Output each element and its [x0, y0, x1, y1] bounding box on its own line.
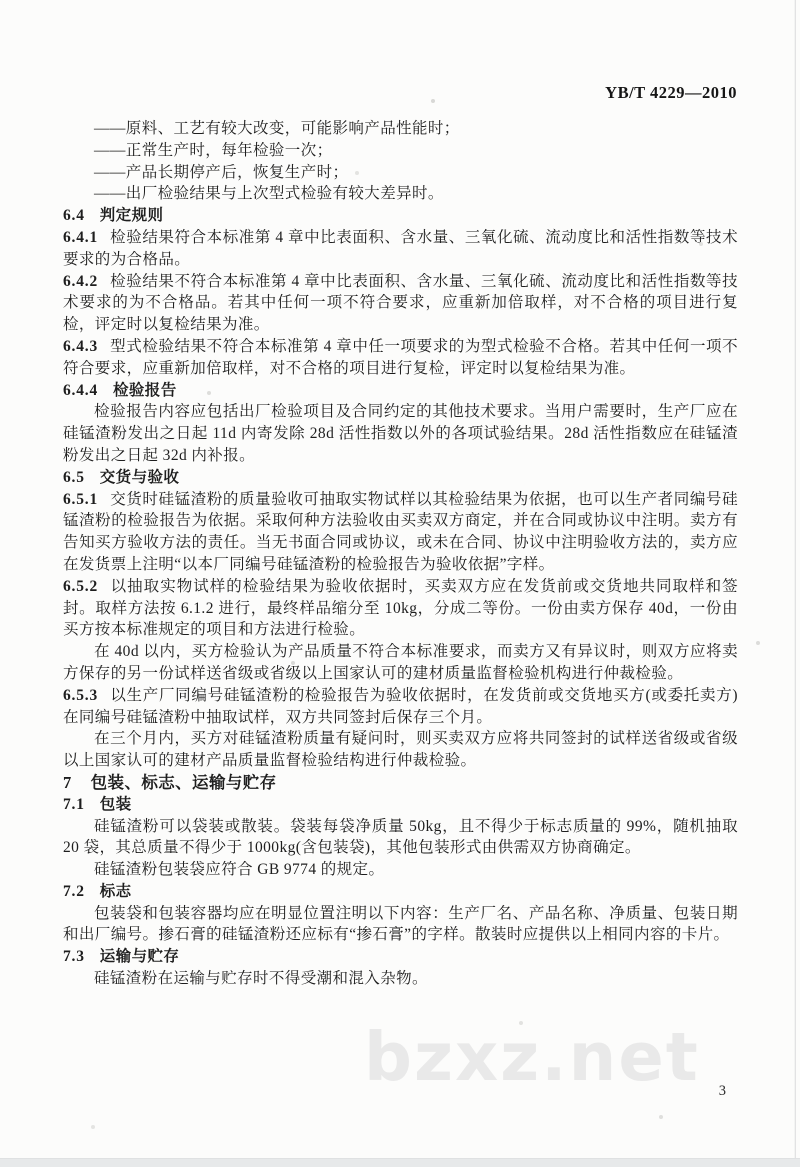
clause-number: 6.4.1	[63, 229, 98, 246]
clause-6-4-1: 6.4.1检验结果符合本标准第 4 章中比表面积、含水量、三氧化硫、流动度比和活…	[63, 227, 738, 271]
paragraph-arbitration-40d: 在 40d 以内，买方检验认为产品质量不符合本标准要求，而卖方又有异议时，则双方…	[63, 641, 738, 685]
type-inspection-case-item: ——原料、工艺有较大改变，可能影响产品性能时；	[63, 118, 738, 140]
heading-number: 6.4	[63, 207, 85, 224]
clause-number: 6.5.2	[63, 578, 98, 595]
clause-6-4-2: 6.4.2检验结果不符合本标准第 4 章中比表面积、含水量、三氧化硫、流动度比和…	[63, 271, 738, 336]
document-body: ——原料、工艺有较大改变，可能影响产品性能时； ——正常生产时，每年检验一次； …	[63, 118, 738, 990]
clause-6-5-1: 6.5.1交货时硅锰渣粉的质量验收可抽取实物试样以其检验结果为依据，也可以生产者…	[63, 489, 738, 576]
paragraph-arbitration-three-months: 在三个月内，买方对硅锰渣粉质量有疑问时，则买卖双方应将共同签封的试样送省级或省级…	[63, 728, 738, 772]
clause-text: 型式检验结果不符合本标准第 4 章中任一项要求的为型式检验不合格。若其中任何一项…	[63, 338, 738, 377]
heading-number: 7	[63, 773, 72, 792]
type-inspection-case-item: ——产品长期停产后，恢复生产时；	[63, 162, 738, 184]
heading-6-5: 6.5交货与验收	[63, 467, 738, 489]
paragraph-transport-storage: 硅锰渣粉在运输与贮存时不得受潮和混入杂物。	[63, 968, 738, 990]
clause-number: 6.4.2	[63, 273, 98, 290]
paragraph-inspection-report: 检验报告内容应包括出厂检验项目及合同约定的其他技术要求。当用户需要时，生产厂应在…	[63, 401, 738, 466]
paragraph-packaging-bag-standard: 硅锰渣粉包装袋应符合 GB 9774 的规定。	[63, 859, 738, 881]
heading-title: 判定规则	[100, 207, 164, 224]
type-inspection-case-item: ——出厂检验结果与上次型式检验有较大差异时。	[63, 183, 738, 205]
clause-number: 6.4.3	[63, 338, 98, 355]
clause-text: 以生产厂同编号硅锰渣粉的检验报告为验收依据时，在发货前或交货地买方(或委托卖方)…	[63, 687, 738, 726]
heading-title: 运输与贮存	[100, 948, 180, 965]
scanned-document-page: YB/T 4229—2010 ——原料、工艺有较大改变，可能影响产品性能时； —…	[0, 0, 800, 1167]
paragraph-marking: 包装袋和包装容器均应在明显位置注明以下内容：生产厂名、产品名称、净质量、包装日期…	[63, 903, 738, 947]
heading-number: 6.4.4	[63, 382, 98, 399]
heading-7-1: 7.1包装	[63, 794, 738, 816]
scan-bottom-edge	[0, 1158, 800, 1167]
heading-7-2: 7.2标志	[63, 881, 738, 903]
heading-title: 标志	[100, 883, 132, 900]
heading-title: 包装、标志、运输与贮存	[91, 773, 277, 792]
standard-code-header: YB/T 4229—2010	[605, 83, 737, 103]
clause-number: 6.5.3	[63, 687, 98, 704]
page-number: 3	[719, 1083, 726, 1100]
clause-text: 以抽取实物试样的检验结果为验收依据时，买卖双方应在发货前或交货地共同取样和签封。…	[63, 578, 738, 639]
heading-number: 7.1	[63, 796, 85, 813]
type-inspection-case-item: ——正常生产时，每年检验一次；	[63, 140, 738, 162]
clause-6-5-3: 6.5.3以生产厂同编号硅锰渣粉的检验报告为验收依据时，在发货前或交货地买方(或…	[63, 685, 738, 729]
scan-noise-specks	[0, 0, 2, 2]
clause-6-4-3: 6.4.3型式检验结果不符合本标准第 4 章中任一项要求的为型式检验不合格。若其…	[63, 336, 738, 380]
heading-number: 7.3	[63, 948, 85, 965]
heading-title: 检验报告	[113, 382, 177, 399]
clause-text: 交货时硅锰渣粉的质量验收可抽取实物试样以其检验结果为依据，也可以生产者同编号硅锰…	[63, 491, 738, 573]
heading-7-3: 7.3运输与贮存	[63, 946, 738, 968]
heading-6-4-4: 6.4.4检验报告	[63, 380, 738, 402]
heading-chapter-7: 7包装、标志、运输与贮存	[63, 772, 738, 794]
clause-number: 6.5.1	[63, 491, 98, 508]
heading-title: 交货与验收	[100, 469, 180, 486]
clause-text: 检验结果不符合本标准第 4 章中比表面积、含水量、三氧化硫、流动度比和活性指数等…	[63, 273, 738, 334]
clause-6-5-2: 6.5.2以抽取实物试样的检验结果为验收依据时，买卖双方应在发货前或交货地共同取…	[63, 576, 738, 641]
heading-title: 包装	[100, 796, 132, 813]
heading-number: 6.5	[63, 469, 85, 486]
paragraph-packaging: 硅锰渣粉可以袋装或散装。袋装每袋净质量 50kg，且不得少于标志质量的 99%，…	[63, 816, 738, 860]
page-right-edge-shadow	[794, 0, 796, 1159]
heading-6-4: 6.4判定规则	[63, 205, 738, 227]
clause-text: 检验结果符合本标准第 4 章中比表面积、含水量、三氧化硫、流动度比和活性指数等技…	[63, 229, 738, 268]
heading-number: 7.2	[63, 883, 85, 900]
site-watermark: bzxz.net	[364, 1018, 700, 1096]
